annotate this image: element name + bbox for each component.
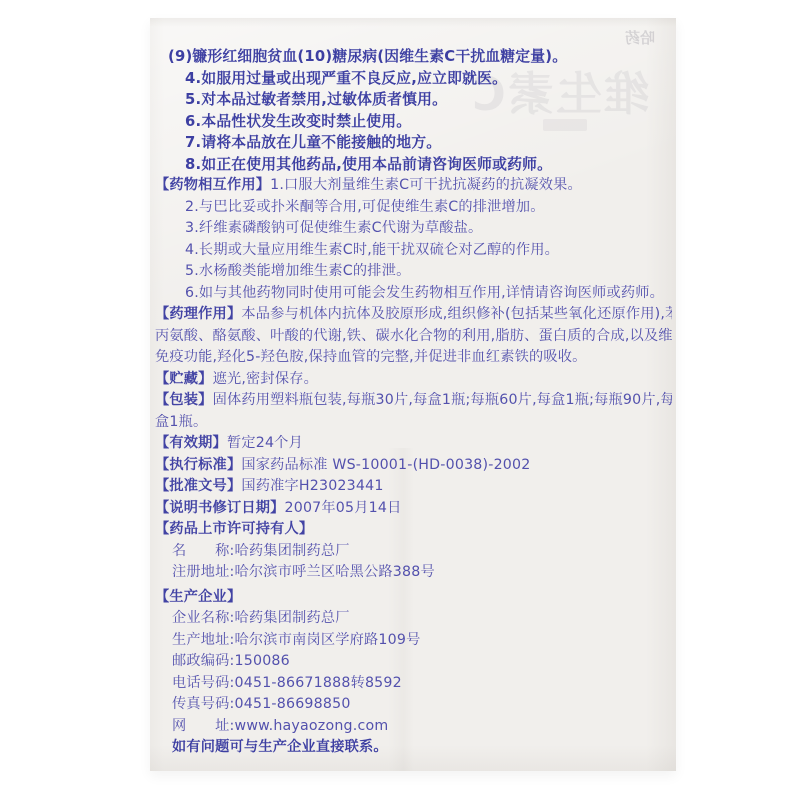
leaflet-line: 6.本品性状发生改变时禁止使用。: [155, 111, 672, 133]
line-text: 传真号码:0451-86698850: [172, 696, 351, 712]
leaflet-line: 免疫功能,羟化5-羟色胺,保持血管的完整,并促进非血红素铁的吸收。: [155, 347, 672, 369]
leaflet-line: 4.长期或大量应用维生素C时,能干扰双硫仑对乙醇的作用。: [155, 240, 672, 262]
leaflet-line: 4.如服用过量或出现严重不良反应,应立即就医。: [155, 68, 672, 90]
leaflet-line: 6.如与其他药物同时使用可能会发生药物相互作用,详情请咨询医师或药师。: [155, 283, 672, 305]
leaflet-line: 2.与巴比妥或扑米酮等合用,可促使维生素C的排泄增加。: [155, 197, 672, 219]
section-header-label: 【药物相互作用】: [155, 177, 270, 193]
leaflet-line: 【药理作用】本品参与机体内抗体及胶原形成,组织修补(包括某些氧化还原作用),苯: [155, 304, 672, 326]
leaflet-line: 电话号码:0451-86671888转8592: [155, 673, 672, 695]
line-text: 4.长期或大量应用维生素C时,能干扰双硫仑对乙醇的作用。: [185, 242, 559, 258]
leaflet-line: 盒1瓶。: [155, 412, 672, 434]
leaflet-line: 5.对本品过敏者禁用,过敏体质者慎用。: [155, 89, 672, 111]
line-text: 企业名称:哈药集团制药总厂: [172, 610, 350, 626]
line-text: 丙氨酸、酪氨酸、叶酸的代谢,铁、碳水化合物的利用,脂肪、蛋白质的合成,以及维持: [155, 328, 672, 344]
leaflet-line: 【生产企业】: [155, 587, 672, 609]
leaflet-line: (9)镰形红细胞贫血(10)糖尿病(因维生素C干扰血糖定量)。: [155, 46, 672, 68]
line-text: 5.水杨酸类能增加维生素C的排泄。: [185, 263, 410, 279]
line-text: 4.如服用过量或出现严重不良反应,应立即就医。: [185, 70, 507, 87]
leaflet-line: 如有问题可与生产企业直接联系。: [155, 737, 672, 759]
leaflet-line: 8.如正在使用其他药品,使用本品前请咨询医师或药师。: [155, 154, 672, 176]
leaflet-line: 3.纤维素磷酸钠可促使维生素C代谢为草酸盐。: [155, 218, 672, 240]
line-text: 8.如正在使用其他药品,使用本品前请咨询医师或药师。: [185, 156, 552, 173]
line-text: 6.本品性状发生改变时禁止使用。: [185, 113, 411, 130]
line-text: 免疫功能,羟化5-羟色胺,保持血管的完整,并促进非血红素铁的吸收。: [155, 349, 587, 365]
line-text: 盒1瓶。: [155, 414, 207, 430]
leaflet-line: 企业名称:哈药集团制药总厂: [155, 608, 672, 630]
leaflet-line: 【药物相互作用】1.口服大剂量维生素C可干扰抗凝药的抗凝效果。: [155, 175, 672, 197]
line-text: 本品参与机体内抗体及胶原形成,组织修补(包括某些氧化还原作用),苯: [241, 306, 672, 322]
line-text: 邮政编码:150086: [172, 653, 290, 669]
section-header-label: 【药品上市许可持有人】: [155, 521, 313, 537]
leaflet-paper: 哈药 维生素C (9)镰形红细胞贫血(10)糖尿病(因维生素C干扰血糖定量)。4…: [150, 18, 676, 771]
line-text: 国家药品标准 WS-10001-(HD-0038)-2002: [241, 457, 530, 473]
line-text: 名 称:哈药集团制药总厂: [172, 543, 350, 559]
line-text: 注册地址:哈尔滨市呼兰区哈黑公路388号: [172, 564, 435, 580]
line-text: 国药准字H23023441: [241, 478, 383, 494]
leaflet-line: 丙氨酸、酪氨酸、叶酸的代谢,铁、碳水化合物的利用,脂肪、蛋白质的合成,以及维持: [155, 326, 672, 348]
section-header-label: 【生产企业】: [155, 589, 241, 605]
leaflet-line: 生产地址:哈尔滨市南岗区学府路109号: [155, 630, 672, 652]
line-text: 生产地址:哈尔滨市南岗区学府路109号: [172, 632, 420, 648]
line-text: 3.纤维素磷酸钠可促使维生素C代谢为草酸盐。: [185, 220, 482, 236]
line-text: (9)镰形红细胞贫血(10)糖尿病(因维生素C干扰血糖定量)。: [168, 48, 567, 65]
leaflet-line: 传真号码:0451-86698850: [155, 694, 672, 716]
line-text: 如有问题可与生产企业直接联系。: [172, 739, 388, 755]
leaflet-line: 邮政编码:150086: [155, 651, 672, 673]
line-text: 2007年05月14日: [285, 500, 402, 516]
line-text: 固体药用塑料瓶包装,每瓶30片,每盒1瓶;每瓶60片,每盒1瓶;每瓶90片,每: [213, 392, 672, 408]
line-text: 1.口服大剂量维生素C可干扰抗凝药的抗凝效果。: [270, 177, 582, 193]
line-text: 网 址:www.hayaozong.com: [172, 718, 388, 734]
section-header-label: 【执行标准】: [155, 457, 241, 473]
section-header-label: 【贮藏】: [155, 371, 213, 387]
leaflet-text-block: (9)镰形红细胞贫血(10)糖尿病(因维生素C干扰血糖定量)。4.如服用过量或出…: [155, 46, 672, 759]
section-header-label: 【说明书修订日期】: [155, 500, 285, 516]
leaflet-line: 名 称:哈药集团制药总厂: [155, 541, 672, 563]
leaflet-line: 注册地址:哈尔滨市呼兰区哈黑公路388号: [155, 562, 672, 584]
leaflet-line: 【说明书修订日期】2007年05月14日: [155, 498, 672, 520]
leaflet-line: 【批准文号】国药准字H23023441: [155, 476, 672, 498]
bleedthrough-brand-text: 哈药: [625, 27, 655, 48]
line-text: 6.如与其他药物同时使用可能会发生药物相互作用,详情请咨询医师或药师。: [185, 285, 664, 301]
line-text: 2.与巴比妥或扑米酮等合用,可促使维生素C的排泄增加。: [185, 199, 545, 215]
line-text: 遮光,密封保存。: [213, 371, 318, 387]
line-text: 7.请将本品放在儿童不能接触的地方。: [185, 134, 441, 151]
leaflet-line: 【贮藏】遮光,密封保存。: [155, 369, 672, 391]
section-header-label: 【批准文号】: [155, 478, 241, 494]
leaflet-line: 【有效期】暂定24个月: [155, 433, 672, 455]
section-header-label: 【包装】: [155, 392, 213, 408]
line-text: 暂定24个月: [227, 435, 303, 451]
leaflet-line: 【包装】固体药用塑料瓶包装,每瓶30片,每盒1瓶;每瓶60片,每盒1瓶;每瓶90…: [155, 390, 672, 412]
section-header-label: 【药理作用】: [155, 306, 241, 322]
leaflet-line: 【药品上市许可持有人】: [155, 519, 672, 541]
line-text: 电话号码:0451-86671888转8592: [172, 675, 402, 691]
leaflet-line: 7.请将本品放在儿童不能接触的地方。: [155, 132, 672, 154]
leaflet-line: 网 址:www.hayaozong.com: [155, 716, 672, 738]
line-text: 5.对本品过敏者禁用,过敏体质者慎用。: [185, 91, 447, 108]
leaflet-line: 5.水杨酸类能增加维生素C的排泄。: [155, 261, 672, 283]
section-header-label: 【有效期】: [155, 435, 227, 451]
leaflet-line: 【执行标准】国家药品标准 WS-10001-(HD-0038)-2002: [155, 455, 672, 477]
